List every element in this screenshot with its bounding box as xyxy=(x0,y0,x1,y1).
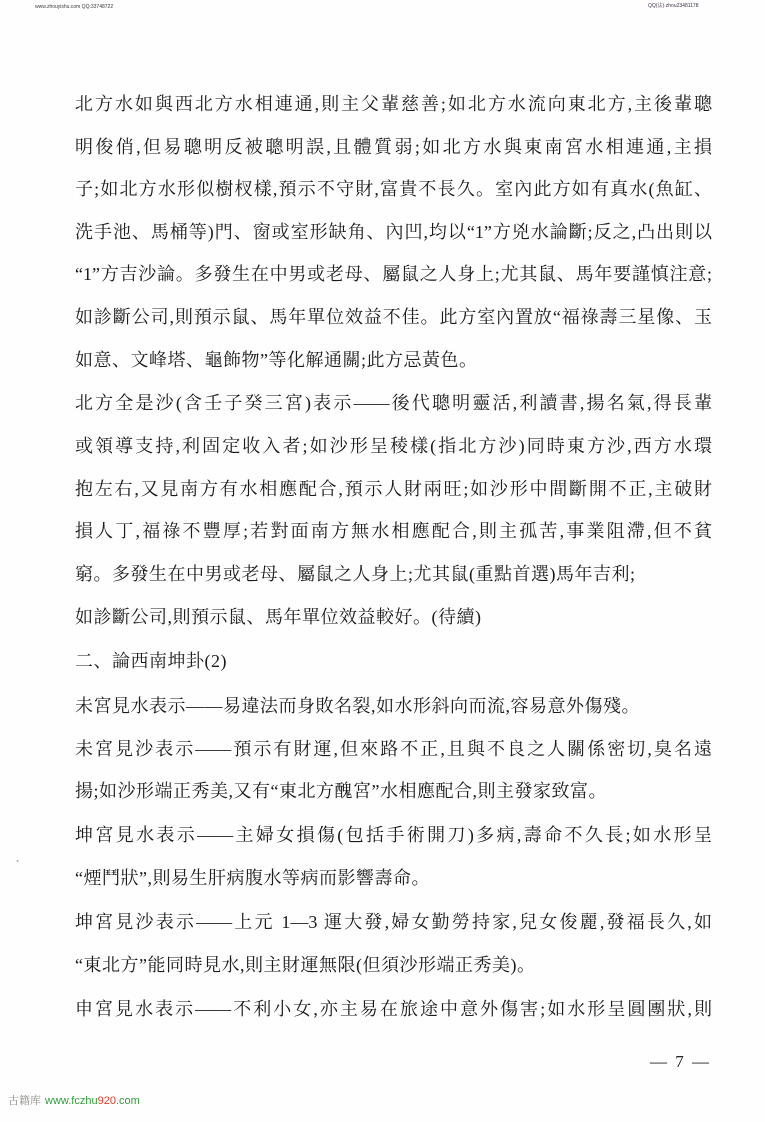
text-line: 明俊俏,但易聰明反被聰明誤,且體質弱;如北方水與東南宮水相連通,主損 xyxy=(75,133,712,161)
site-url: www.fczhu xyxy=(45,1095,98,1107)
watermark-bottom-left: 古籍库www.fczhu920.com xyxy=(8,1095,140,1108)
text-line: 未宮見沙表示——預示有財運,但來路不正,且與不良之人關係密切,臭名遠 xyxy=(75,735,712,763)
text-line: “煙鬥狀”,則易生肝病腹水等病而影響壽命。 xyxy=(75,864,712,892)
text-line: 北方全是沙(含壬子癸三宮)表示——後代聰明靈活,利讀書,揚名氣,得長輩 xyxy=(75,389,712,417)
text-line: “東北方”能同時見水,則主財運無限(但須沙形端正秀美)。 xyxy=(75,951,712,979)
text-line: 子;如北方水形似樹杈樣,預示不守財,富貴不長久。室內此方如有真水(魚缸、 xyxy=(75,175,712,203)
section-heading: 二、論西南坤卦(2) xyxy=(75,647,712,675)
text-line: 洗手池、馬桶等)門、窗或室形缺角、內凹,均以“1”方兇水論斷;反之,凸出則以 xyxy=(75,218,712,246)
page-number: — 7 — xyxy=(650,1052,711,1072)
text-line: 申宮見水表示——不利小女,亦主易在旅途中意外傷害;如水形呈圓團狀,則 xyxy=(75,995,712,1023)
text-line: “1”方吉沙論。多發生在中男或老母、屬鼠之人身上;尤其鼠、馬年要謹慎注意; xyxy=(75,260,712,288)
watermark-top-left: www.zhouyishu.com QQ:33748722 xyxy=(35,4,113,10)
text-line: 揚;如沙形端正秀美,又有“東北方醜宮”水相應配合,則主發家致富。 xyxy=(75,777,712,805)
site-name: 古籍库 xyxy=(8,1095,41,1107)
text-line: 坤宮見水表示——主婦女損傷(包括手術開刀)多病,壽命不久長;如水形呈 xyxy=(75,821,712,849)
text-line: 北方水如與西北方水相連通,則主父輩慈善;如北方水流向東北方,主後輩聰 xyxy=(75,90,712,118)
watermark-top-right: QQ(法)·zhou23481178 xyxy=(648,3,699,9)
text-line: 如診斷公司,則預示鼠、馬年單位效益不佳。此方室內置放“福祿壽三星像、玉 xyxy=(75,303,712,331)
text-line: 損人丁,福祿不豐厚;若對面南方無水相應配合,則主孤苦,事業阻滯,但不貧 xyxy=(75,517,712,545)
text-line: 未宮見水表示——易違法而身敗名裂,如水形斜向而流,容易意外傷殘。 xyxy=(75,692,712,720)
text-line: 抱左右,又見南方有水相應配合,預示人財兩旺;如沙形中間斷開不正,主破財 xyxy=(75,475,712,503)
scan-artifact: 、 xyxy=(16,856,22,862)
scanned-page: www.zhouyishu.com QQ:33748722 QQ(法)·zhou… xyxy=(0,0,765,1122)
text-line: 如診斷公司,則預示鼠、馬年單位效益較好。(待續) xyxy=(75,603,712,631)
site-url-tld: .com xyxy=(116,1095,140,1107)
text-line: 或領導支持,利固定收入者;如沙形呈稜樣(指北方沙)同時東方沙,西方水環 xyxy=(75,432,712,460)
text-line: 如意、文峰塔、龜飾物”等化解通關;此方忌黃色。 xyxy=(75,346,712,374)
text-line: 坤宮見沙表示——上元 1—3 運大發,婦女勤勞持家,兒女俊麗,發福長久,如 xyxy=(75,908,712,936)
site-url-number: 920 xyxy=(98,1095,116,1107)
text-line: 窮。多發生在中男或老母、屬鼠之人身上;尤其鼠(重點首選)馬年吉利; xyxy=(75,560,712,588)
